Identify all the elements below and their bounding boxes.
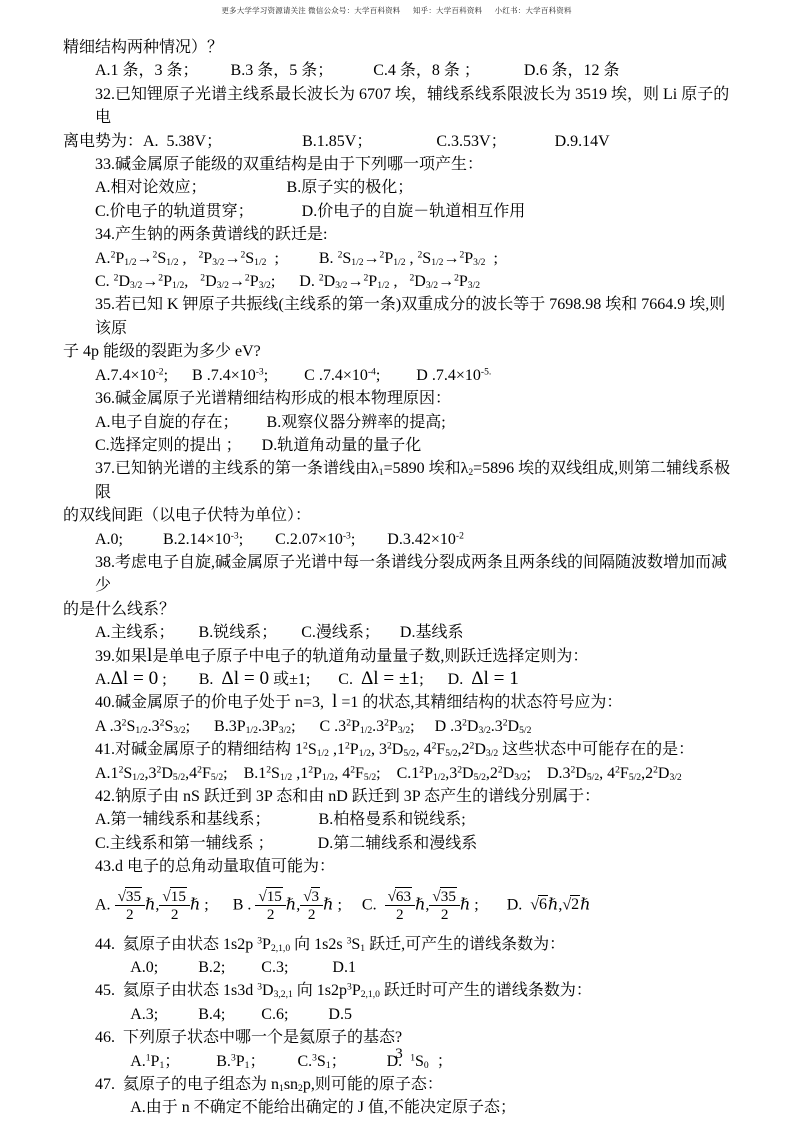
text-line: 33.碱金属原子能级的双重结构是由于下列哪一项产生：	[63, 153, 735, 176]
text-line: 离电势为：A. 5.38V； B.1.85V； C.3.53V； D.9.14V	[63, 130, 735, 153]
text-line: C.主线系和第一辅线系 ； D.第二辅线系和漫线系	[63, 832, 735, 855]
text-line: 32.已知锂原子光谱主线系最长波长为 6707 埃，辅线系线系限波长为 3519…	[63, 83, 735, 130]
text-line: 47. 氦原子的电子组态为 n1sn2p,则可能的原子态：	[63, 1073, 735, 1096]
page-number: 3	[63, 1046, 735, 1063]
text-line: A.12S1/2,32D5/2,42F5/2; B.12S1/2 ,12P1/2…	[63, 762, 735, 785]
text-line: 45. 氦原子由状态 1s3d 3D3,2,1 向 1s2p3P2,1,0 跃迁…	[63, 979, 735, 1002]
text-line: A.2P1/2→2S1/2 , 2P3/2→2S1/2 ; B. 2S1/2→2…	[63, 247, 735, 270]
text-line: C.选择定则的提出 ； D.轨道角动量的量子化	[63, 434, 735, 457]
text-line: A.由于 n 不确定不能给出确定的 J 值,不能决定原子态；	[63, 1096, 735, 1119]
text-line: C.价电子的轨道贯穿； D.价电子的自旋－轨道相互作用	[63, 200, 735, 223]
exam-page: 更多大学学习资源请关注 微信公众号：大学百科资料 知乎：大学百科资料 小红书：大…	[0, 0, 793, 1122]
text-line: A.7.4×10-2; B .7.4×10-3; C .7.4×10-4; D …	[63, 364, 735, 387]
text-line: 的是什么线系？	[63, 598, 735, 621]
text-line: 39.如果l是单电子原子中电子的轨道角动量量子数,则跃迁选择定则为：	[63, 645, 735, 668]
text-line: 的双线间距（以电子伏特为单位）：	[63, 504, 735, 527]
text-line: A .32S1/2.32S3/2; B.3P1/2.3P3/2; C .32P1…	[63, 715, 735, 738]
text-line: 41.对碱金属原子的精细结构 12S1/2 ,12P1/2, 32D5/2, 4…	[63, 738, 735, 761]
text-line: A.3; B.4; C.6; D.5	[63, 1003, 735, 1026]
text-line: 35.若已知 K 钾原子共振线(主线系的第一条)双重成分的波长等于 7698.9…	[63, 293, 735, 340]
text-line: A.电子自旋的存在； B.观察仪器分辨率的提高;	[63, 411, 735, 434]
text-line: A.0; B.2.14×10-3; C.2.07×10-3; D.3.42×10…	[63, 528, 735, 551]
text-line: C. 2D3/2→2P1/2, 2D3/2→2P3/2; D. 2D3/2→2P…	[63, 270, 735, 293]
text-line: 44. 氦原子由状态 1s2p 3P2,1,0 向 1s2s 3S1 跃迁,可产…	[63, 933, 735, 956]
text-line: 34.产生钠的两条黄谱线的跃迁是:	[63, 223, 735, 246]
text-line: A.第一辅线系和基线系； B.柏格曼系和锐线系;	[63, 808, 735, 831]
text-line: A.Δl = 0 ; B. Δl = 0 或±1; C. Δl = ±1; D.…	[63, 668, 735, 691]
text-line: A.主线系； B.锐线系； C.漫线系； D.基线系	[63, 621, 735, 644]
text-line: A. √352ℏ,√152ℏ ; B . √152ℏ,√32ℏ ; C. √63…	[63, 888, 735, 924]
text-line: 43.d 电子的总角动量取值可能为：	[63, 855, 735, 878]
text-line: 子 4p 能级的裂距为多少 eV?	[63, 340, 735, 363]
text-line: A.0; B.2; C.3; D.1	[63, 956, 735, 979]
page-header-watermark: 更多大学学习资源请关注 微信公众号：大学百科资料 知乎：大学百科资料 小红书：大…	[0, 5, 793, 16]
text-line: 36.碱金属原子光谱精细结构形成的根本物理原因：	[63, 387, 735, 410]
document-body: 精细结构两种情况）？A.1 条，3 条； B.3 条，5 条； C.4 条，8 …	[63, 36, 735, 1120]
text-line: A.1 条，3 条； B.3 条，5 条； C.4 条，8 条 ； D.6 条，…	[63, 59, 735, 82]
text-line: 38.考虑电子自旋,碱金属原子光谱中每一条谱线分裂成两条且两条线的间隔随波数增加…	[63, 551, 735, 598]
text-line: 精细结构两种情况）？	[63, 36, 735, 59]
text-line: A.相对论效应； B.原子实的极化；	[63, 176, 735, 199]
text-line: 40.碱金属原子的价电子处于 n=3, l =1 的状态,其精细结构的状态符号应…	[63, 691, 735, 714]
text-line: 42.钠原子由 nS 跃迁到 3P 态和由 nD 跃迁到 3P 态产生的谱线分别…	[63, 785, 735, 808]
text-line: 37.已知钠光谱的主线系的第一条谱线由λ1=5890 埃和λ2=5896 埃的双…	[63, 457, 735, 504]
